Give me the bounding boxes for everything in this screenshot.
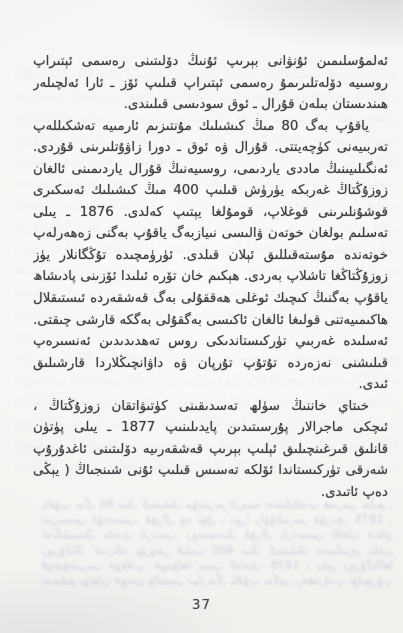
text-line: دەپ ئاتىدى. <box>33 482 388 504</box>
text-line: خوتەندە مۇستەقىللىق ئېلان قىلدى. ئۈرۈمچى… <box>33 245 388 267</box>
text-line: ھاكىمىيەتنى قولىغا ئالغان ئاكىسى بەگقۇلى… <box>33 310 388 332</box>
bleed-text-line: قوشۇنلىرىنى قوغلاپ، قومۇلغا يېتىپ كەلدى.… <box>42 558 393 573</box>
text-line: تەسلىم بولغان خوتەن ۋالىسى نىيازبەگ ياقۇ… <box>33 223 388 245</box>
text-line: ياقۇپ بەگنىڭ كىچىك ئوغلى ھەققۇلى بەگ قەش… <box>33 288 388 310</box>
text-line: ئىچكى ماجرالار پۇرسىتىدىن پايدىلىنىپ 187… <box>33 417 388 439</box>
paragraph: ياقۇپ بەگ 80 مىڭ كىشىلىك مۇنتىزىم ئارمىي… <box>33 116 388 396</box>
text-line: ياقۇپ بەگ 80 مىڭ كىشىلىك مۇنتىزىم ئارمىي… <box>33 116 388 138</box>
text-line: خىتاي خاننىڭ سۈلھ تەسدىقىنى كۈتىۋاتقان ز… <box>33 396 388 418</box>
bleed-text-line: ئەنگىلىيىنىڭ ماددى ياردىمى، روسىيەنىڭ قۇ… <box>42 527 393 542</box>
paragraph: خىتاي خاننىڭ سۈلھ تەسدىقىنى كۈتىۋاتقان ز… <box>33 396 388 504</box>
paragraph: ئەلمۇسلىمىن ئۇنۋانى بېرىپ ئۇنىڭ دۆلىتىنى… <box>33 51 388 116</box>
bleed-text-line: تەسلىم بولغان خوتەن ۋالىسى نىيازبەگ ياقۇ… <box>42 573 393 588</box>
bleed-text-line: زوزۇڭتاڭ غەربكە يۈرۈش قىلىپ 400 مىڭ كىشى… <box>42 543 393 558</box>
text-block: ئەلمۇسلىمىن ئۇنۋانى بېرىپ ئۇنىڭ دۆلىتىنى… <box>33 51 388 503</box>
text-line: قوشۇنلىرىنى قوغلاپ، قومۇلغا يېتىپ كەلدى.… <box>33 202 388 224</box>
text-line: زوزۇڭتاڭ غەربكە يۈرۈش قىلىپ 400 مىڭ كىشى… <box>33 180 388 202</box>
text-line: قىلىشنى نەزەردە تۇتۇپ تۇرپان ۋە داۋانچىڭ… <box>33 353 388 375</box>
text-line: زوزۇڭتاڭغا تاشلاپ بەردى. ھېكىم خان تۆرە … <box>33 266 388 288</box>
text-line: قانلىق قىرغىنچىلىق ئېلىپ بېرىپ قەشقەرىيە… <box>33 439 388 461</box>
page-number: 37 <box>0 597 403 613</box>
text-line: تەربىيەنى كۈچەيتتى. قۇرال ۋە ئوق ـ دورا … <box>33 137 388 159</box>
bleed-text-line: تەربىيەنى كۈچەيتتى. قۇرال ۋە ئوق ـ دورا … <box>42 512 393 527</box>
text-line: شەرقى تۈركىستاندا ئۆلكە تەسىس قىلىپ ئۇنى… <box>33 460 388 482</box>
text-line: ئەسلىدە غەربىي تۈركىستاندىكى روس تەھدىدى… <box>33 331 388 353</box>
text-line: روسىيە دۆلەتلىرىمۇ رەسمى ئېتىراپ قىلىپ ئ… <box>33 73 388 95</box>
book-page: ياقۇپ بەگ 80 مىڭ كىشىلىك مۇنتىزىم ئارمىي… <box>0 0 403 633</box>
text-line: ھىندىستان بىلەن قۇرال ـ ئوق سودىسى قىلىن… <box>33 94 388 116</box>
text-line: ئىدى. <box>33 374 388 396</box>
text-line: ئەلمۇسلىمىن ئۇنۋانى بېرىپ ئۇنىڭ دۆلىتىنى… <box>33 51 388 73</box>
bleed-through-layer: ياقۇپ بەگ 80 مىڭ كىشىلىك مۇنتىزىم ئارمىي… <box>42 497 393 588</box>
text-line: ئەنگىلىيىنىڭ ماددى ياردىمى، روسىيەنىڭ قۇ… <box>33 159 388 181</box>
